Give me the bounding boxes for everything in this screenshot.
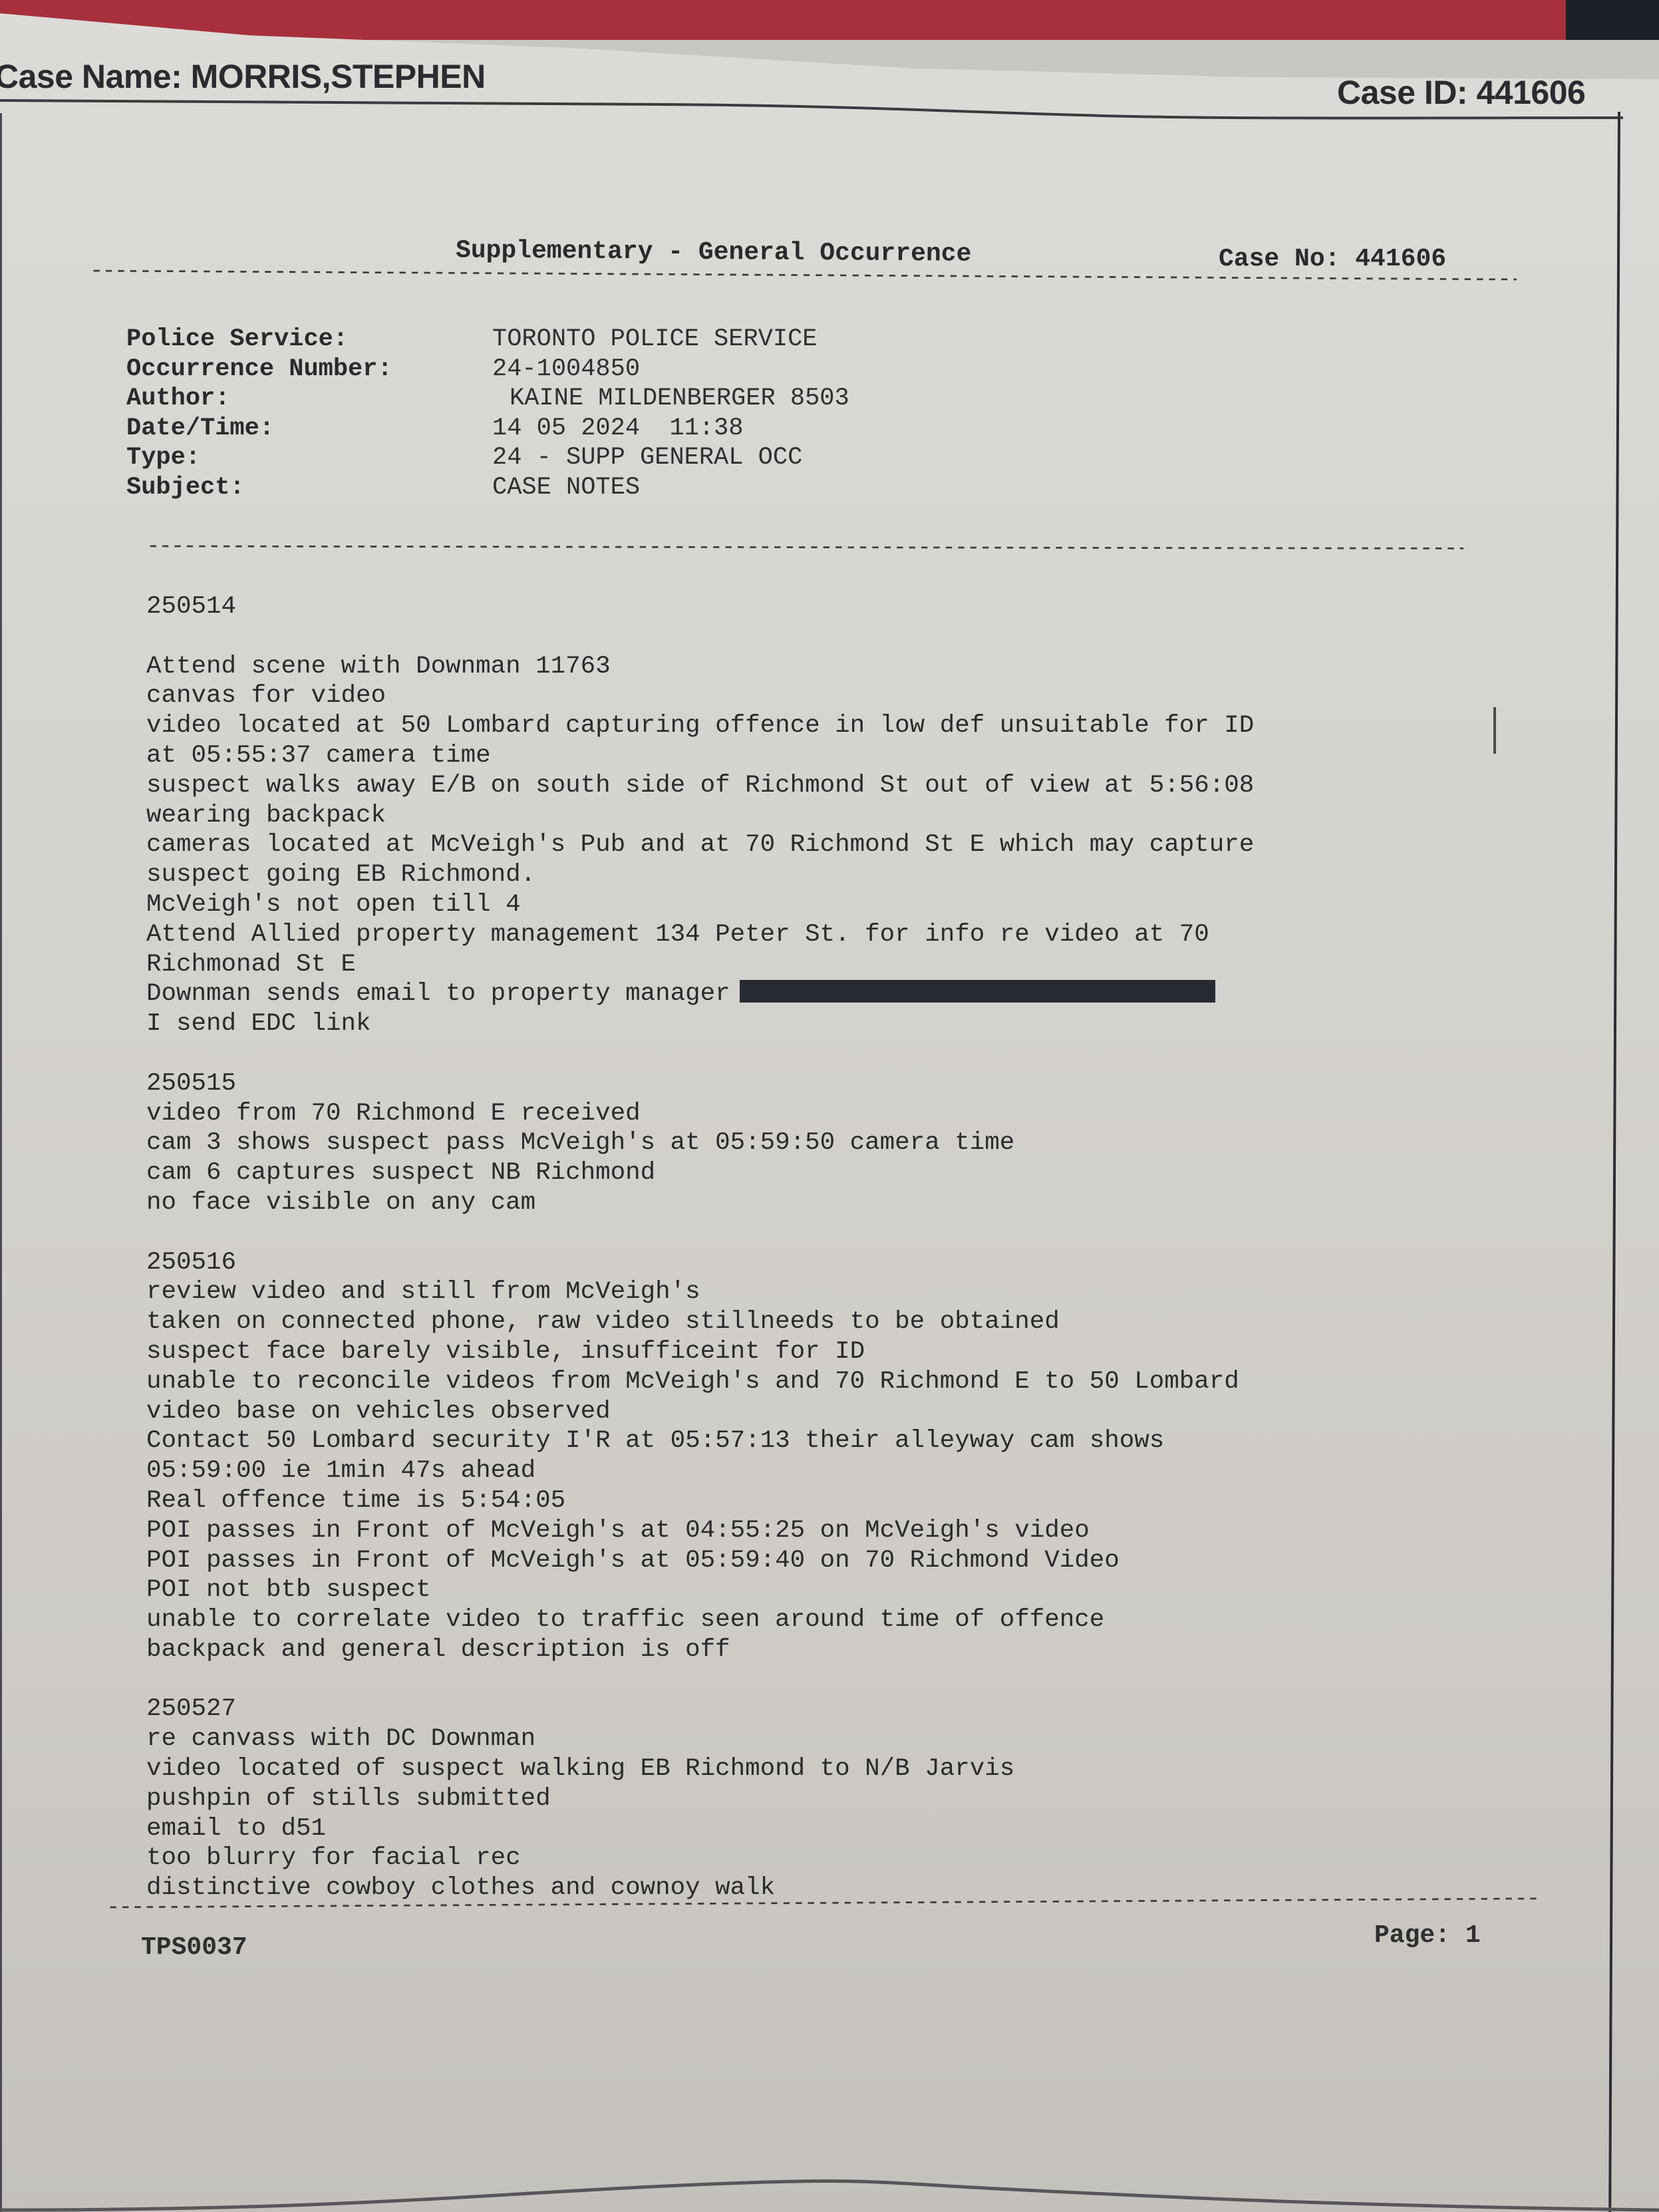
note-entry: 250514Attend scene with Downman 11763can… [146, 592, 1254, 1039]
note-entry: 250515video from 70 Richmond E receivedc… [146, 1069, 1254, 1218]
meta-label: Author: [126, 384, 492, 414]
meta-type: Type: 24 - SUPP GENERAL OCC [126, 443, 849, 473]
meta-value: 24 - SUPP GENERAL OCC [492, 443, 802, 473]
background-surface [0, 0, 1659, 40]
note-line: I send EDC link [146, 1009, 1254, 1039]
entry-date: 250515 [146, 1069, 1254, 1099]
meta-date-time: Date/Time: 14 05 2024 11:38 [126, 414, 849, 444]
note-line: unable to reconcile videos from McVeigh'… [146, 1367, 1254, 1397]
note-line: too blurry for facial rec [146, 1843, 1254, 1873]
note-text: no face visible on any cam [146, 1189, 535, 1217]
page-bottom-edge [0, 2149, 1659, 2212]
note-line: no face visible on any cam [146, 1188, 1254, 1218]
meta-label: Police Service: [126, 325, 492, 355]
note-text: cameras located at McVeigh's Pub and at … [146, 831, 1254, 859]
note-line: unable to correlate video to traffic see… [146, 1605, 1254, 1635]
note-text: suspect walks away E/B on south side of … [146, 772, 1254, 800]
note-line: pushpin of stills submitted [146, 1784, 1254, 1814]
note-text: at 05:55:37 camera time [146, 742, 491, 770]
note-text: POI passes in Front of McVeigh's at 04:5… [146, 1517, 1090, 1545]
note-line: video base on vehicles observed [146, 1397, 1254, 1427]
case-name-heading: Case Name: MORRIS,STEPHEN [0, 57, 486, 96]
note-line: video located of suspect walking EB Rich… [146, 1754, 1254, 1784]
note-line: suspect going EB Richmond. [146, 860, 1254, 890]
meta-label: Type: [126, 443, 492, 473]
note-line: cameras located at McVeigh's Pub and at … [146, 830, 1254, 860]
note-text: 05:59:00 ie 1min 47s ahead [146, 1457, 535, 1485]
redaction-bar [740, 980, 1215, 1003]
note-text: video from 70 Richmond E received [146, 1100, 641, 1128]
note-line: POI passes in Front of McVeigh's at 05:5… [146, 1546, 1254, 1576]
note-text: Attend scene with Downman 11763 [146, 653, 611, 681]
note-line: email to d51 [146, 1814, 1254, 1844]
form-title: Supplementary - General Occurrence [456, 236, 972, 268]
note-text: video located at 50 Lombard capturing of… [146, 712, 1254, 740]
meta-subject: Subject: CASE NOTES [126, 473, 849, 503]
note-text: wearing backpack [146, 802, 386, 830]
entry-date: 250527 [146, 1694, 1254, 1724]
note-line: video from 70 Richmond E received [146, 1099, 1254, 1129]
meta-value: 14 05 2024 11:38 [492, 414, 743, 444]
meta-occurrence-number: Occurrence Number: 24-1004850 [126, 355, 849, 385]
meta-value: 24-1004850 [492, 355, 640, 385]
note-line: McVeigh's not open till 4 [146, 890, 1254, 920]
note-text: unable to correlate video to traffic see… [146, 1606, 1104, 1634]
note-text: I send EDC link [146, 1010, 371, 1038]
note-line: Contact 50 Lombard security I'R at 05:57… [146, 1426, 1254, 1456]
entry-date: 250514 [146, 592, 1254, 622]
meta-label: Occurrence Number: [126, 355, 492, 385]
meta-label: Date/Time: [126, 414, 492, 444]
note-text: cam 3 shows suspect pass McVeigh's at 05… [146, 1129, 1014, 1157]
meta-label: Subject: [126, 473, 492, 503]
spacer [146, 622, 1254, 652]
meta-author: Author: KAINE MILDENBERGER 8503 [126, 384, 849, 414]
meta-value: TORONTO POLICE SERVICE [492, 325, 817, 355]
meta-police-service: Police Service: TORONTO POLICE SERVICE [126, 325, 849, 355]
note-text: video located of suspect walking EB Rich… [146, 1755, 1014, 1783]
form-code: TPS0037 [141, 1933, 247, 1962]
note-text: POI passes in Front of McVeigh's at 05:5… [146, 1547, 1120, 1575]
note-entry: 250527re canvass with DC Downmanvideo lo… [146, 1694, 1254, 1903]
note-entry: 250516review video and still from McVeig… [146, 1248, 1254, 1665]
note-line: Attend Allied property management 134 Pe… [146, 920, 1254, 950]
note-line: wearing backpack [146, 801, 1254, 831]
note-line: at 05:55:37 camera time [146, 741, 1254, 771]
note-line: POI passes in Front of McVeigh's at 04:5… [146, 1516, 1254, 1546]
note-text: cam 6 captures suspect NB Richmond [146, 1159, 655, 1187]
note-text: Attend Allied property management 134 Pe… [146, 921, 1209, 949]
meta-value: KAINE MILDENBERGER 8503 [492, 384, 849, 414]
note-line: video located at 50 Lombard capturing of… [146, 711, 1254, 741]
note-line: suspect walks away E/B on south side of … [146, 771, 1254, 801]
note-text: video base on vehicles observed [146, 1398, 611, 1426]
note-text: taken on connected phone, raw video stil… [146, 1308, 1060, 1336]
header-rule [0, 96, 1623, 123]
note-line: suspect face barely visible, insufficein… [146, 1337, 1254, 1367]
note-text: McVeigh's not open till 4 [146, 891, 521, 919]
note-line: Downman sends email to property manager [146, 979, 1254, 1009]
note-line: re canvass with DC Downman [146, 1724, 1254, 1754]
note-line: taken on connected phone, raw video stil… [146, 1307, 1254, 1337]
note-line: review video and still from McVeigh's [146, 1277, 1254, 1307]
note-text: Richmonad St E [146, 951, 356, 979]
note-text: too blurry for facial rec [146, 1844, 521, 1872]
note-line: Attend scene with Downman 11763 [146, 652, 1254, 682]
page-frame-left [0, 113, 2, 2212]
note-line: POI not btb suspect [146, 1575, 1254, 1605]
note-line: cam 6 captures suspect NB Richmond [146, 1158, 1254, 1188]
note-text: POI not btb suspect [146, 1576, 431, 1604]
meta-value: CASE NOTES [492, 473, 640, 503]
note-line: Richmonad St E [146, 950, 1254, 980]
note-text: suspect going EB Richmond. [146, 861, 535, 889]
note-line: cam 3 shows suspect pass McVeigh's at 05… [146, 1128, 1254, 1158]
note-text: suspect face barely visible, insufficein… [146, 1338, 865, 1366]
note-line: canvas for video [146, 681, 1254, 711]
note-text: pushpin of stills submitted [146, 1785, 551, 1813]
page-number: Page: 1 [1374, 1921, 1481, 1950]
note-text: Real offence time is 5:54:05 [146, 1487, 565, 1515]
note-text: Contact 50 Lombard security I'R at 05:57… [146, 1427, 1164, 1455]
note-text: unable to reconcile videos from McVeigh'… [146, 1368, 1239, 1396]
note-line: backpack and general description is off [146, 1635, 1254, 1665]
case-number: Case No: 441606 [1219, 245, 1446, 273]
note-text: review video and still from McVeigh's [146, 1278, 700, 1306]
note-text: email to d51 [146, 1815, 326, 1843]
background-dark-corner [1566, 0, 1659, 40]
note-text: Downman sends email to property manager [146, 980, 730, 1008]
occurrence-metadata: Police Service: TORONTO POLICE SERVICE O… [126, 325, 849, 502]
note-text: canvas for video [146, 682, 386, 710]
entry-date: 250516 [146, 1248, 1254, 1278]
case-notes: 250514Attend scene with Downman 11763can… [146, 592, 1254, 1933]
note-line: 05:59:00 ie 1min 47s ahead [146, 1456, 1254, 1486]
note-line: Real offence time is 5:54:05 [146, 1486, 1254, 1516]
note-text: backpack and general description is off [146, 1636, 730, 1664]
note-text: re canvass with DC Downman [146, 1725, 535, 1753]
divider-dashes: ----------------------------------------… [146, 540, 1463, 557]
margin-mark [1493, 707, 1496, 754]
